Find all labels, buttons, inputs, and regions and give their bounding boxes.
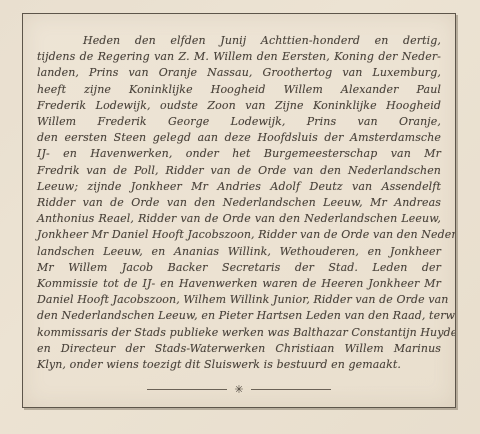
text-line: Ridder van de Orde van den Nederlandsche… [37, 195, 441, 211]
text-line: den Nederlandschen Leeuw, en Pieter Hart… [37, 308, 441, 324]
text-line: IJ- en Havenwerken, onder het Burgemeest… [37, 146, 441, 162]
text-line: Mr Willem Jacob Backer Secretaris der St… [37, 260, 441, 276]
document-border-frame: Heden den elfden Junij Achttien-honderd … [22, 13, 456, 408]
text-line: Frederik Lodewijk, oudste Zoon van Zijne… [37, 98, 441, 114]
text-line: en Directeur der Stads-Waterwerken Chris… [37, 341, 441, 357]
text-line: den eersten Steen gelegd aan deze Hoofds… [37, 130, 441, 146]
text-line: Klyn, onder wiens toezigt dit Sluiswerk … [37, 357, 441, 373]
text-line: Daniel Hooft Jacobszoon, Wilhem Willink … [37, 292, 441, 308]
text-line: Heden den elfden Junij Achttien-honderd … [37, 33, 441, 49]
asterisk-ornament-icon: ✳ [234, 384, 243, 395]
divider-ornament: ✳ [37, 384, 441, 395]
divider-line-left [147, 389, 227, 390]
text-line: landschen Leeuw, en Ananias Willink, Wet… [37, 244, 441, 260]
text-line: Fredrik van de Poll, Ridder van de Orde … [37, 163, 441, 179]
divider-line-right [251, 389, 331, 390]
text-line: Leeuw; zijnde Jonkheer Mr Andries Adolf … [37, 179, 441, 195]
text-line: Willem Frederik George Lodewijk, Prins v… [37, 114, 441, 130]
text-line: kommissaris der Stads publieke werken wa… [37, 325, 441, 341]
text-line: Jonkheer Mr Daniel Hooft Jacobszoon, Rid… [37, 227, 441, 243]
document-text: Heden den elfden Junij Achttien-honderd … [37, 33, 441, 373]
text-line: Anthonius Reael, Ridder van de Orde van … [37, 211, 441, 227]
text-line: Kommissie tot de IJ- en Havenwerken ware… [37, 276, 441, 292]
text-line: heeft zijne Koninklijke Hoogheid Willem … [37, 82, 441, 98]
text-line: tijdens de Regering van Z. M. Willem den… [37, 49, 441, 65]
text-line: landen, Prins van Oranje Nassau, Groothe… [37, 65, 441, 81]
